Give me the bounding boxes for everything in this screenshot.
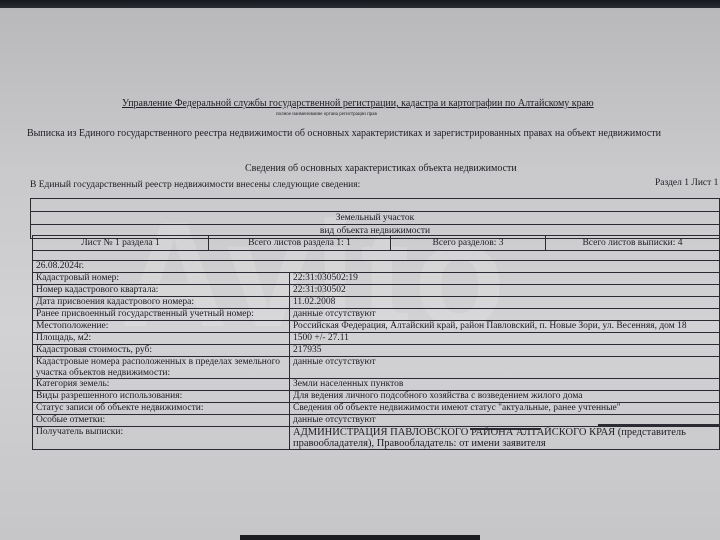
field-label: Виды разрешенного использования:: [33, 391, 289, 402]
date-row: 26.08.2024г.: [33, 261, 719, 273]
object-type-table: Земельный участок вид объекта недвижимос…: [30, 198, 720, 239]
table-row: Кадастровый номер: 22:31:030502:19: [33, 273, 719, 285]
table-row: Кадастровая стоимость, руб: 217935: [33, 345, 719, 357]
location: Российская Федерация, Алтайский край, ра…: [289, 321, 719, 332]
assignment-date: 11.02.2008: [289, 297, 719, 308]
table-row: Дата присвоения кадастрового номера: 11.…: [33, 297, 719, 309]
total-sheets-extract: Всего листов выписки: 4: [545, 236, 719, 250]
extract-title: Выписка из Единого государственного реес…: [27, 128, 661, 139]
land-category: Земли населенных пунктов: [289, 379, 719, 390]
contained-objects: данные отсутствуют: [289, 357, 719, 378]
table-row: Кадастровые номера расположенных в преде…: [33, 357, 719, 379]
intro-line: В Единый государственный реестр недвижим…: [30, 180, 360, 190]
cadastral-quarter: 22:31:030502: [289, 285, 719, 296]
table-row: Статус записи об объекте недвижимости: С…: [33, 403, 719, 415]
field-label: Местоположение:: [33, 321, 289, 332]
field-label: Получатель выписки:: [33, 427, 289, 449]
section-sheet-label: Раздел 1 Лист 1: [655, 178, 718, 188]
area: 1500 +/- 27.11: [289, 333, 719, 344]
extract-date: 26.08.2024г.: [33, 261, 719, 272]
document-page: Avito Управление Федеральной службы госу…: [0, 8, 720, 540]
table-row: Получатель выписки: АДМИНИСТРАЦИЯ ПАВЛОВ…: [33, 427, 719, 449]
characteristics-table: 26.08.2024г. Кадастровый номер: 22:31:03…: [32, 260, 720, 450]
field-label: Особые отметки:: [33, 415, 289, 426]
field-label: Площадь, м2:: [33, 333, 289, 344]
field-label: Кадастровый номер:: [33, 273, 289, 284]
screen-bottom-edge: [240, 535, 480, 540]
field-label: Ранее присвоенный государственный учетны…: [33, 309, 289, 320]
field-label: Номер кадастрового квартала:: [33, 285, 289, 296]
field-label: Категория земель:: [33, 379, 289, 390]
org-subtitle: полное наименование органа регистрации п…: [276, 112, 377, 117]
extract-recipient: АДМИНИСТРАЦИЯ ПАВЛОВСКОГО РАЙОНА АЛТАЙСК…: [289, 427, 719, 449]
field-label: Статус записи об объекте недвижимости:: [33, 403, 289, 414]
sheet-number: Лист № 1 раздела 1: [33, 236, 208, 250]
signature-line: [598, 424, 720, 426]
table-row: Номер кадастрового квартала: 22:31:03050…: [33, 285, 719, 297]
permitted-use: Для ведения личного подсобного хозяйства…: [289, 391, 719, 402]
section-title: Сведения об основных характеристиках объ…: [245, 163, 517, 174]
table-row: Местоположение: Российская Федерация, Ал…: [33, 321, 719, 333]
field-label: Кадастровые номера расположенных в преде…: [33, 357, 289, 378]
record-status: Сведения об объекте недвижимости имеют с…: [289, 403, 719, 414]
table-row: Ранее присвоенный государственный учетны…: [33, 309, 719, 321]
org-title: Управление Федеральной службы государств…: [122, 98, 594, 109]
table-row: Виды разрешенного использования: Для вед…: [33, 391, 719, 403]
cadastral-number: 22:31:030502:19: [289, 273, 719, 284]
cadastral-value: 217935: [289, 345, 719, 356]
object-type: Земельный участок: [31, 212, 719, 224]
total-sections: Всего разделов: 3: [390, 236, 545, 250]
screen-bezel: [0, 0, 720, 8]
field-label: Дата присвоения кадастрового номера:: [33, 297, 289, 308]
previous-number: данные отсутствуют: [289, 309, 719, 320]
signature-line: [470, 428, 540, 430]
total-sheets-section: Всего листов раздела 1: 1: [208, 236, 390, 250]
object-type-row: Земельный участок: [31, 212, 719, 225]
table-row: Площадь, м2: 1500 +/- 27.11: [33, 333, 719, 345]
field-label: Кадастровая стоимость, руб:: [33, 345, 289, 356]
table-row: Категория земель: Земли населенных пункт…: [33, 379, 719, 391]
blank-row: [31, 199, 719, 212]
